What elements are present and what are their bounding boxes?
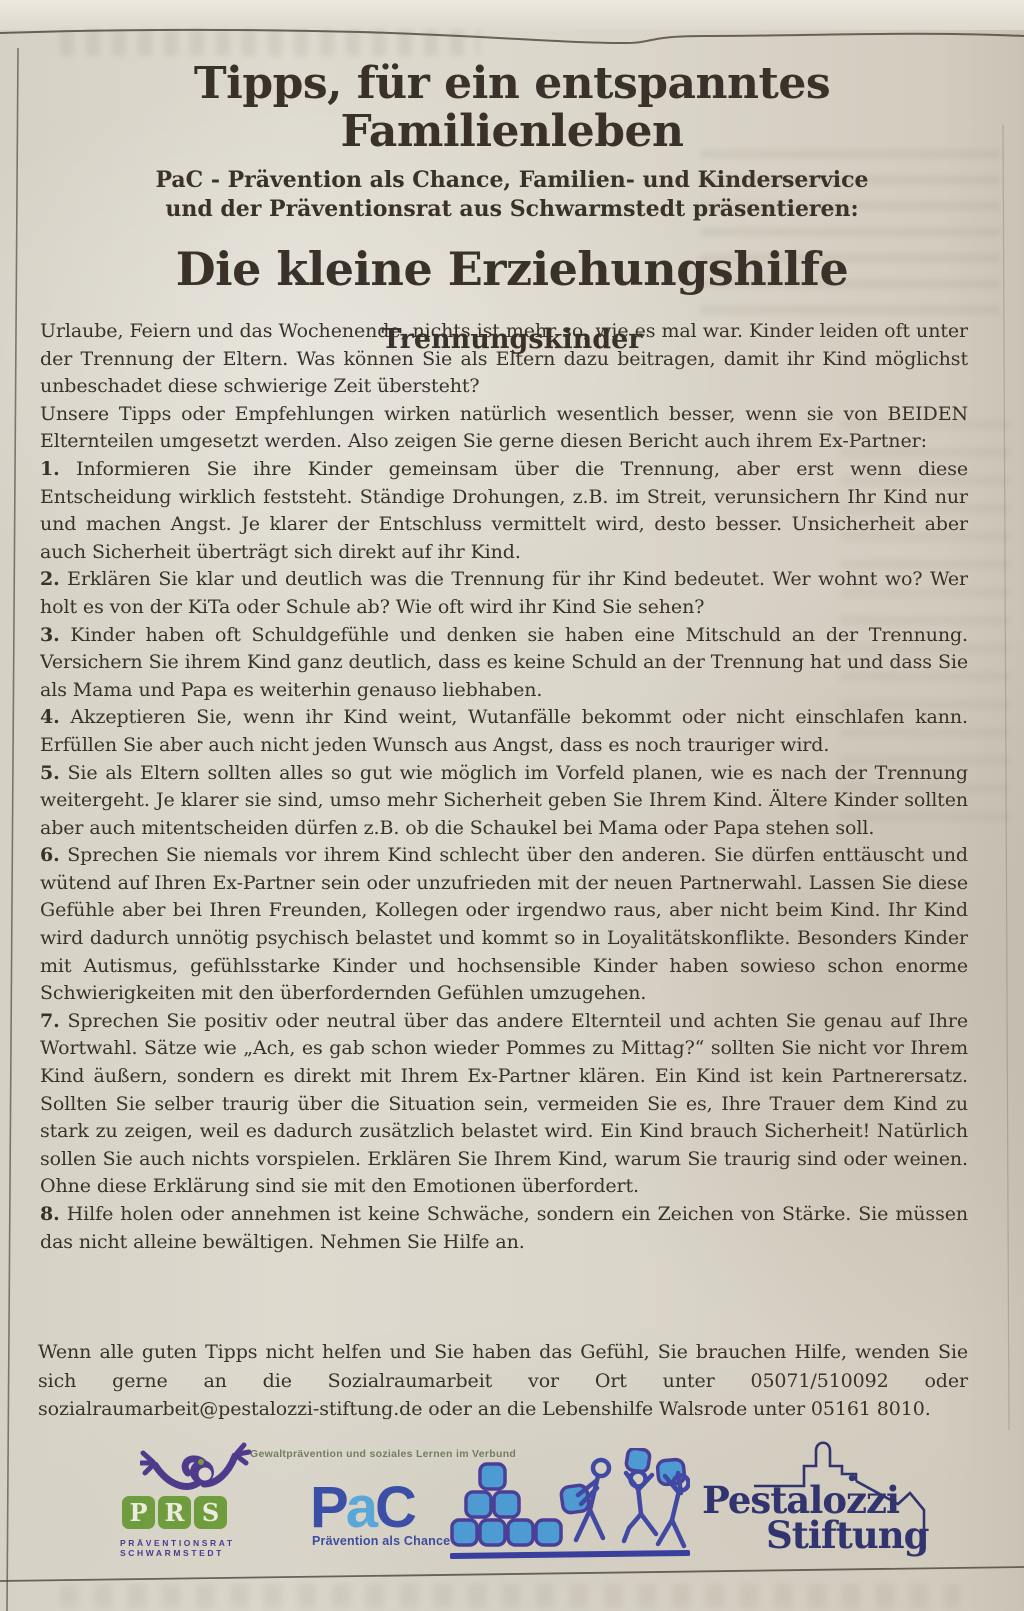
tip-paragraph: 1. Informieren Sie ihre Kinder gemeinsam… bbox=[40, 456, 968, 566]
pac-wordmark: PaC bbox=[310, 1474, 414, 1541]
prs-letter-tile: P bbox=[122, 1496, 155, 1529]
pac-letter: a bbox=[346, 1475, 375, 1540]
tip-paragraph: 4. Akzeptieren Sie, wenn ihr Kind weint,… bbox=[40, 704, 968, 759]
presenter-line-2: und der Präventionsrat aus Schwarmstedt … bbox=[40, 195, 984, 224]
article-body: Urlaube, Feiern und das Wochenende, nich… bbox=[40, 318, 968, 1256]
prs-caption: PRÄVENTIONSRAT SCHWARMSTEDT bbox=[120, 1538, 260, 1558]
intro-paragraph: Unsere Tipps oder Empfehlungen wirken na… bbox=[40, 401, 968, 456]
tip-text: Hilfe holen oder annehmen ist keine Schw… bbox=[40, 1203, 968, 1253]
tip-paragraph: 8. Hilfe holen oder annehmen ist keine S… bbox=[40, 1201, 968, 1256]
tip-number: 3. bbox=[40, 624, 60, 646]
presenter-line-1: PaC - Prävention als Chance, Familien- u… bbox=[40, 166, 984, 195]
tip-paragraph: 6. Sprechen Sie niemals vor ihrem Kind s… bbox=[40, 842, 968, 1008]
article-title: Die kleine Erziehungshilfe bbox=[40, 242, 984, 296]
contact-paragraph: Wenn alle guten Tipps nicht helfen und S… bbox=[38, 1338, 968, 1424]
prs-caption-line: SCHWARMSTEDT bbox=[120, 1548, 260, 1558]
prs-letter-tile: S bbox=[194, 1496, 227, 1529]
prs-letter-tiles: PRS bbox=[122, 1496, 230, 1529]
tip-text: Kinder haben oft Schuldgefühle und denke… bbox=[40, 624, 968, 701]
tip-number: 6. bbox=[40, 844, 60, 866]
tip-paragraph: 2. Erklären Sie klar und deutlich was di… bbox=[40, 566, 968, 621]
tip-text: Sprechen Sie niemals vor ihrem Kind schl… bbox=[40, 844, 968, 1004]
prs-letter-tile: R bbox=[158, 1496, 191, 1529]
tip-paragraph: 3. Kinder haben oft Schuldgefühle und de… bbox=[40, 622, 968, 705]
tip-number: 8. bbox=[40, 1203, 60, 1225]
tip-number: 5. bbox=[40, 762, 60, 784]
tip-paragraph: 7. Sprechen Sie positiv oder neutral übe… bbox=[40, 1008, 968, 1201]
tip-text: Sie als Eltern sollten alles so gut wie … bbox=[40, 762, 968, 839]
paper-edge-strip bbox=[0, 0, 1024, 30]
pac-subtitle: Prävention als Chance bbox=[312, 1534, 450, 1548]
building-blocks-icon bbox=[450, 1448, 690, 1563]
tip-number: 4. bbox=[40, 706, 60, 728]
tip-number: 1. bbox=[40, 458, 60, 480]
article-header: Tipps, für ein entspanntes Familienleben… bbox=[40, 60, 984, 355]
bleedthrough-smudge bbox=[60, 1584, 960, 1608]
pac-letter: C bbox=[375, 1475, 414, 1540]
pestalozzi-name-line: Stiftung bbox=[766, 1513, 929, 1557]
tip-number: 7. bbox=[40, 1010, 60, 1032]
tip-text: Sprechen Sie positiv oder neutral über d… bbox=[40, 1010, 968, 1198]
page-headline: Tipps, für ein entspanntes Familienleben bbox=[40, 60, 984, 157]
prs-caption-line: PRÄVENTIONSRAT bbox=[120, 1538, 260, 1548]
tip-text: Erklären Sie klar und deutlich was die T… bbox=[40, 568, 968, 618]
bleedthrough-smudge bbox=[60, 30, 480, 56]
tip-text: Akzeptieren Sie, wenn ihr Kind weint, Wu… bbox=[40, 706, 968, 756]
pac-letter: P bbox=[310, 1475, 346, 1540]
pestalozzi-logo: Pestalozzi Stiftung bbox=[690, 1436, 970, 1566]
tip-number: 2. bbox=[40, 568, 60, 590]
tip-paragraph: 5. Sie als Eltern sollten alles so gut w… bbox=[40, 760, 968, 843]
prs-figure-icon bbox=[140, 1442, 252, 1498]
tip-text: Informieren Sie ihre Kinder gemeinsam üb… bbox=[40, 458, 968, 563]
newspaper-clipping: Tipps, für ein entspanntes Familienleben… bbox=[0, 0, 1024, 1611]
intro-paragraph: Urlaube, Feiern und das Wochenende, nich… bbox=[40, 318, 968, 401]
